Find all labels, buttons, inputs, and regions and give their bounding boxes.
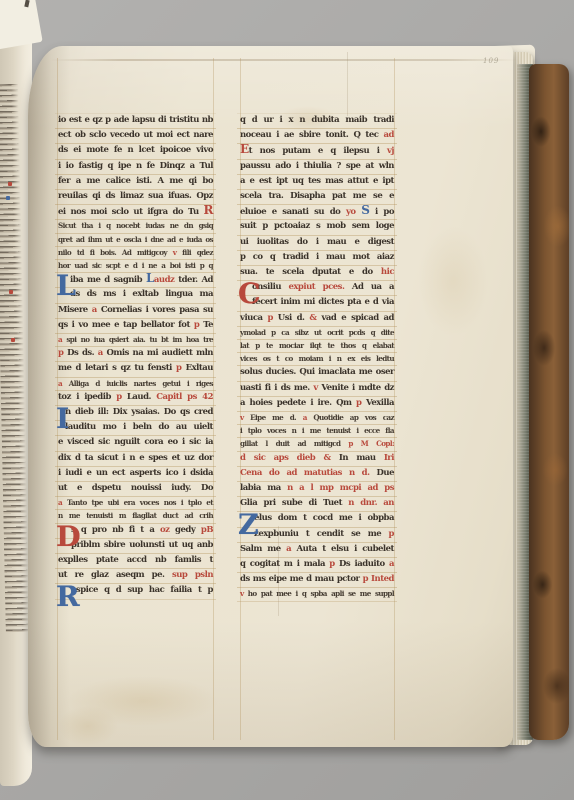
manuscript-text-line: i tplo voces n i me tenuist i ecce fla — [237, 424, 397, 438]
ink-text: Ds ds. — [63, 348, 97, 358]
ink-text: Salm me — [240, 544, 286, 554]
ink-text: fili qdez — [176, 248, 213, 257]
ink-text: Vexilla — [362, 398, 395, 408]
manuscript-text-line: a Alliga d iuiclis nartes getui i riges — [55, 377, 216, 391]
manuscript-text-line: Salm me a Auta t elsu i cubelet — [237, 542, 397, 558]
manuscript-text-line: zexpbuniu t cendit se me p — [237, 527, 397, 543]
ink-text: lauditu mo i beln do au uielt — [65, 422, 213, 432]
manuscript-text-line: dix d ta sicut i n e spes et uz dor — [55, 451, 216, 467]
rubric-text: pB — [201, 525, 213, 535]
ink-text: nilo td fi bois. Ad mitigcoy — [58, 248, 173, 257]
ink-text: Exltau — [181, 363, 213, 373]
ink-text: tder. Ad — [174, 275, 213, 285]
ink-text: labia ma — [240, 483, 287, 493]
manuscript-text-line: Sicut tha i q nocebt iudas ne dn gsiq — [55, 219, 216, 233]
manuscript-text-line: a hoies pedete i ire. Qm p Vexilla — [237, 396, 397, 412]
rubric-text: hic — [381, 267, 394, 277]
vellum-page: 109 io est e qz p ade lapsu di tristitu … — [28, 46, 513, 747]
manuscript-text-line: lauditu mo i beln do au uielt — [55, 420, 216, 436]
manuscript-text-line: sua. te scela dputat e do hic — [237, 265, 397, 281]
manuscript-text-line: reuilas qi ds limaz sua ifuas. Opz — [55, 189, 216, 205]
ink-text: espice q d sup hac failia t p — [71, 585, 213, 595]
ink-text: Ds iaduito — [335, 559, 389, 569]
illuminated-initial: D — [56, 522, 81, 550]
ink-text: spi no iua qsiert aia. tu bt im hoa tre — [62, 335, 213, 344]
ink-text: suit p pctoaiaz s mob sem loge — [240, 221, 394, 231]
ink-text: q cogitat m i mala — [240, 559, 329, 569]
ink-text: a hoies pedete i ire. Qm — [240, 398, 356, 408]
ink-text: vices os t co moiam i n ex eis ledtu — [240, 354, 394, 363]
ink-text: n me tenuisti m flagllat duct ad crih — [58, 511, 213, 520]
ink-text: qret ad ihm ut e oscla i dne ad e iuda o… — [58, 235, 213, 244]
folio-number: 109 — [483, 57, 499, 65]
illuminated-initial: Z — [238, 510, 259, 538]
manuscript-text-line: a Tanto tpe ubi era voces nos i tplo et — [55, 496, 216, 510]
ink-text: ho pat mee i q spba apli se me suppl — [244, 589, 394, 598]
ink-text: solus ducies. Qui imaclata me oser — [240, 367, 394, 377]
rubric-text: & — [309, 313, 316, 323]
manuscript-text-line: v ho pat mee i q spba apli se me suppl — [237, 587, 397, 601]
ink-text: iba me d sagnib — [70, 275, 146, 285]
ink-text: Alliga d iuiclis nartes getui i riges — [62, 379, 213, 388]
ink-text: uasti fi i ds me. — [240, 383, 313, 393]
ink-text: Ad ua a — [344, 282, 394, 292]
stain — [418, 226, 488, 336]
manuscript-text-line: q cogitat m i mala p Ds iaduito a — [237, 557, 397, 573]
ink-text: e visced sic nguilt cora eo i sic ia — [58, 437, 213, 447]
rubric-text: p M Copl: — [348, 439, 394, 448]
ink-text: io est e qz p ade lapsu di tristitu nb — [58, 115, 213, 125]
ink-text: me d letari s qz tu fensti — [58, 363, 176, 373]
manuscript-text-line: qret ad ihm ut e oscla i dne ad e iuda o… — [55, 233, 216, 247]
manuscript-text-line: n dieb ill: Dix ysaias. Do qs cred — [55, 405, 216, 421]
manuscript-text-line: q d ur i x n dubita maib tradi — [237, 113, 397, 129]
ink-text: t nos putam e q ilepsu i — [249, 146, 387, 156]
rubric-text: vj — [387, 146, 394, 156]
manuscript-text-line: solus ducies. Qui imaclata me oser — [237, 365, 397, 381]
manuscript-text-line: paussu ado i thiulia ? spe at wln — [237, 159, 397, 175]
ink-text: ymolad p ca sibz ut ocrit pcds q dite — [240, 328, 394, 337]
stain — [58, 706, 118, 746]
blue-initial-text: L — [146, 272, 154, 285]
ink-text: Sicut tha i q nocebt iudas ne dn gsiq — [58, 221, 213, 230]
ink-text: Tanto tpe ubi era voces nos i tplo et — [62, 498, 213, 507]
manuscript-text-line: fer a me calice isti. A me qi bo mote — [55, 174, 216, 190]
initial-speck — [6, 196, 10, 200]
rubric-text: n a l mp mcpi ad ps — [287, 483, 394, 493]
manuscript-text-line: ds ds ms i exltab lingua ma ionai t p — [55, 287, 216, 303]
ink-text: zexpbuniu t cendit se me — [254, 529, 389, 539]
ink-text: ei nos moi sclo ut ifgra do Tu — [58, 207, 204, 217]
ink-text: reuilas qi ds limaz sua ifuas. Opz — [58, 191, 213, 201]
ink-text: scela tra. Disapha pat me se e — [240, 191, 394, 201]
ink-text: Venite i mdte dz — [318, 383, 394, 393]
manuscript-text-line: e visced sic nguilt cora eo i sic ia — [55, 435, 216, 451]
rubric-text: a — [389, 559, 394, 569]
manuscript-text-line: ds ei mote fe n lcet ipoicoe vivo — [55, 143, 216, 159]
ink-text: dix d ta sicut i n e spes et uz dor — [58, 453, 213, 463]
ink-text: Auta t elsu i cubelet — [291, 544, 394, 554]
ink-text: n dieb ill: Dix ysaias. Do qs cred — [65, 407, 213, 417]
rubric-text: Iri — [384, 453, 394, 463]
ink-text: q d ur i x n dubita maib tradi — [240, 115, 394, 125]
manuscript-text-line: ymolad p ca sibz ut ocrit pcds q dite — [237, 326, 397, 340]
ink-text: paussu ado i thiulia ? spe at wln — [240, 161, 394, 171]
ink-text: eluioe e sanati su do — [240, 207, 346, 217]
rubric-text: expiut pces. — [288, 282, 344, 292]
rubric-speck — [11, 338, 15, 342]
rubric-text: ad — [384, 130, 394, 140]
manuscript-text-line: io est e qz p ade lapsu di tristitu nb — [55, 113, 216, 129]
ink-text: priblm sbire uolunsti ut uq anb — [71, 540, 213, 550]
rubric-text: audz — [154, 275, 174, 285]
manuscript-text-line: toz i ipedib p Laud. Capitl ps 42 — [55, 390, 216, 406]
ink-text: ds ds ms i exltab lingua ma ionai t — [70, 289, 213, 303]
ink-text: i io fastig q ipe n fe Dinqz a Tul — [58, 161, 213, 171]
manuscript-photo: 109 io est e qz p ade lapsu di tristitu … — [0, 0, 574, 800]
rubric-speck — [9, 290, 13, 294]
ink-text: noceau i ae sbire tonit. Q tec — [240, 130, 384, 140]
rubric-text: sup psln — [172, 570, 213, 580]
manuscript-text-line: ut e dspetu nouissi iudy. Do — [55, 481, 216, 497]
ink-text: Quotidie ap vos caz — [307, 413, 394, 422]
manuscript-text-line: suit p pctoaiaz s mob sem loge — [237, 219, 397, 235]
ink-text: viuca — [240, 313, 267, 323]
manuscript-text-line: gillat l duit ad mitigcd p M Copl: — [237, 437, 397, 451]
manuscript-text-line: ds ms eipe me d mau pctor p Inted — [237, 572, 397, 588]
manuscript-text-line: i io fastig q ipe n fe Dinqz a Tul — [55, 159, 216, 175]
rubric-text: R — [204, 204, 213, 217]
manuscript-text-line: lat p te mociar ilqt te thos q elabat — [237, 339, 397, 353]
ink-text: qs i vo mee e tap bellator fot — [58, 320, 194, 330]
manuscript-text-line: i iudi e un ect asperts ico i dsida — [55, 466, 216, 482]
ink-text: ds ms eipe me d mau pctor — [240, 574, 363, 584]
ink-text: sua. te scela dputat e do — [240, 267, 381, 277]
rubric-text: d sic aps dieb & — [240, 453, 339, 463]
manuscript-text-line: ect ob sclo vecedo ut moi ect nare — [55, 128, 216, 144]
manuscript-text-line: hor uad sic scpt e d i ne a boi isti p q — [55, 259, 216, 273]
ink-text: In mau — [339, 453, 384, 463]
rubric-text: Capitl ps 42 — [156, 392, 213, 402]
rubric-text: p — [389, 529, 394, 539]
ink-text: elus dom t cocd me i obpba — [254, 513, 394, 523]
manuscript-text-line: ei nos moi sclo ut ifgra do Tu R — [55, 204, 216, 220]
manuscript-text-line: noceau i ae sbire tonit. Q tec ad — [237, 128, 397, 144]
manuscript-text-line: scela tra. Disapha pat me se e — [237, 189, 397, 205]
manuscript-text-line: viuca p Usi d. & vad e spicad ad — [237, 311, 397, 327]
manuscript-text-line: ui iuolitas do i mau e digest — [237, 235, 397, 251]
ink-text: gillat l duit ad mitigcd — [240, 439, 348, 448]
illuminated-initial: R — [56, 582, 80, 610]
manuscript-text-line: labia ma n a l mp mcpi ad ps — [237, 481, 397, 497]
under-page-edge — [50, 59, 518, 61]
manuscript-text-line: a spi no iua qsiert aia. tu bt im hoa tr… — [55, 333, 216, 347]
ink-text: p co q tradid i mau mot aiaz — [240, 252, 394, 262]
manuscript-text-line: d sic aps dieb & In mau Iri — [237, 451, 397, 467]
ink-text: hor uad sic scpt e d i ne a boi isti p q — [58, 261, 213, 270]
ink-text: a e est ipt uq tes mas attut e ipt — [240, 176, 394, 186]
ink-text: Usi d. — [273, 313, 310, 323]
facing-page-corner — [0, 0, 43, 50]
manuscript-text-line: eluioe e sanati su do yo S i po — [237, 204, 397, 220]
ink-text: ui iuolitas do i mau e digest — [240, 237, 394, 247]
ink-text: gedy — [169, 525, 200, 535]
manuscript-text-line: Misere a Cornelias i vores pasa su d — [55, 303, 216, 319]
rubric-text: oz — [160, 525, 170, 535]
ink-text: Omis na mi audiett mln — [103, 348, 213, 358]
ink-text: Eipe me d. — [244, 413, 303, 422]
manuscript-text-line: uasti fi i ds me. v Venite i mdte dz — [237, 381, 397, 397]
ink-text: fecert inim mi dictes pta e d via — [252, 297, 394, 307]
vellum-crease — [347, 52, 348, 116]
ink-text: i iudi e un ect asperts ico i dsida — [58, 468, 213, 478]
manuscript-text-line: onsiliu expiut pces. Ad ua a — [237, 280, 397, 296]
ink-text: i tplo voces n i me tenuist i ecce fla — [240, 426, 394, 435]
ink-text: fer a me calice isti. A me qi bo mote — [58, 176, 213, 190]
illuminated-initial: L — [56, 271, 76, 299]
rubric-text: p Inted — [363, 574, 394, 584]
manuscript-text-line: v Eipe me d. a Quotidie ap vos caz — [237, 411, 397, 425]
manuscript-text-line: p Ds ds. a Omis na mi audiett mln — [55, 346, 216, 362]
facing-page-text — [0, 84, 30, 632]
ink-text: vad e spicad ad — [317, 313, 394, 323]
manuscript-text-line: Cena do ad matutias n d. Due — [237, 466, 397, 482]
rubric-text: yo — [346, 207, 361, 217]
manuscript-text-line: vices os t co moiam i n ex eis ledtu — [237, 352, 397, 366]
ink-text: ect ob sclo vecedo ut moi ect nare — [58, 130, 213, 140]
rubric-text: n dnr. an — [348, 498, 394, 508]
ink-text: ds ei mote fe n lcet ipoicoe vivo — [58, 145, 213, 155]
manuscript-text-line: Glia pri sube di Tuet n dnr. an — [237, 496, 397, 512]
ink-text: i po — [369, 207, 394, 217]
text-column-left: io est e qz p ade lapsu di tristitu nbec… — [58, 113, 213, 605]
manuscript-text-line: iba me d sagnib Laudz tder. Ad — [55, 272, 216, 288]
ink-text: Laud. — [122, 392, 157, 402]
manuscript-text-line: me d letari s qz tu fensti p Exltau — [55, 361, 216, 377]
text-column-right: q d ur i x n dubita maib tradinoceau i a… — [240, 113, 394, 605]
leather-cover — [529, 64, 569, 740]
ink-text: explles ptate accd nb famlis t — [58, 555, 213, 565]
ink-text: lat p te mociar ilqt te thos q elabat — [240, 341, 394, 350]
illuminated-initial: I — [56, 404, 69, 432]
manuscript-text-line: p co q tradid i mau mot aiaz — [237, 250, 397, 266]
manuscript-text-line: qs i vo mee e tap bellator fot p Te dri — [55, 318, 216, 334]
manuscript-text-line: Et nos putam e q ilepsu i vj — [237, 143, 397, 159]
rubric-speck — [8, 182, 12, 186]
manuscript-text-line: nilo td fi bois. Ad mitigcoy v fili qdez — [55, 246, 216, 260]
manuscript-text-line: a e est ipt uq tes mas attut e ipt — [237, 174, 397, 190]
ink-text: Misere — [58, 305, 92, 315]
rubric-text: Cena do ad matutias n d. — [240, 468, 370, 478]
illuminated-initial: C — [238, 279, 261, 307]
ink-text: s q pro nb fi t a — [71, 525, 160, 535]
rubric-text: E — [240, 143, 249, 156]
manuscript-text-line: explles ptate accd nb famlis t — [55, 553, 216, 569]
manuscript-text-line: elus dom t cocd me i obpba — [237, 511, 397, 527]
ink-text: ut e dspetu nouissi iudy. Do — [58, 483, 213, 493]
ink-text: Due — [370, 468, 394, 478]
manuscript-text-line: fecert inim mi dictes pta e d via — [237, 295, 397, 311]
